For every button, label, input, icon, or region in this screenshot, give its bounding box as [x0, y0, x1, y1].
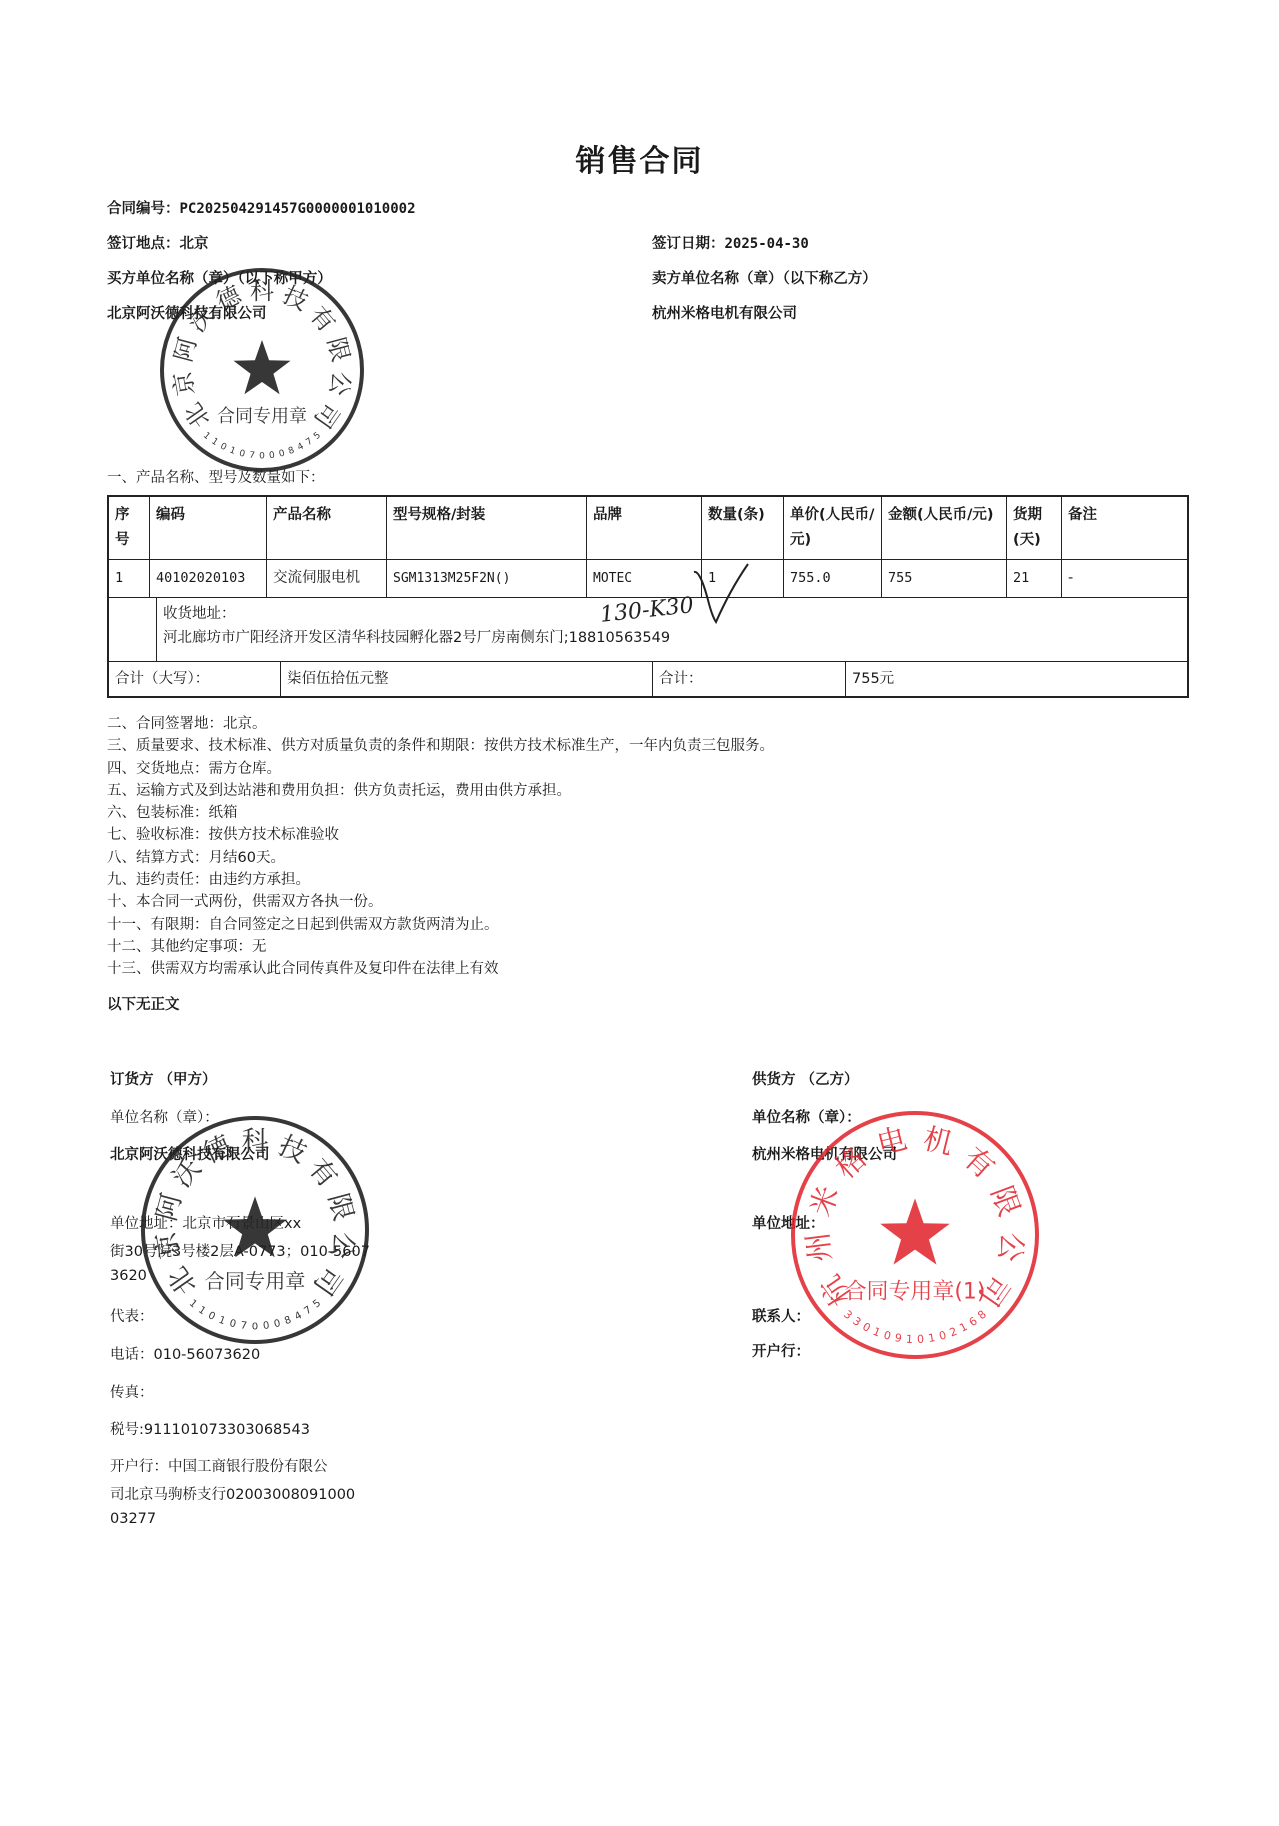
cell-code: 40102020103 — [150, 560, 267, 597]
sign-place-value: 北京 — [180, 236, 209, 252]
buyer-block-bank-line2: 司北京马驹桥支行02003008091000 — [110, 1483, 355, 1504]
address-value: 河北廊坊市广阳经济开发区清华科技园孵化器2号厂房南侧东门;18810563549 — [163, 626, 1181, 650]
svg-text:1: 1 — [217, 1315, 227, 1328]
svg-text:9: 9 — [894, 1331, 903, 1345]
svg-text:0: 0 — [252, 1321, 258, 1332]
contract-number-value: PC202504291457G0000001010002 — [180, 201, 416, 217]
svg-text:有: 有 — [302, 1153, 343, 1194]
buyer-block-heading: 订货方 （甲方） — [110, 1068, 217, 1089]
svg-text:7: 7 — [302, 1305, 313, 1318]
seller-block-bank-label: 开户行： — [752, 1340, 810, 1361]
svg-text:司: 司 — [972, 1269, 1017, 1312]
header-cell: 货期(天) — [1007, 497, 1062, 559]
svg-text:京: 京 — [168, 369, 200, 397]
buyer-name: 北京阿沃德科技有限公司 — [107, 302, 267, 323]
svg-text:0: 0 — [917, 1333, 925, 1346]
svg-text:杭: 杭 — [813, 1269, 858, 1312]
svg-text:1: 1 — [209, 437, 219, 449]
cell-brand: MOTEC — [587, 560, 702, 597]
clause: 二、合同签署地：北京。 — [107, 713, 774, 735]
svg-text:8: 8 — [975, 1308, 989, 1322]
svg-text:7: 7 — [249, 451, 256, 462]
svg-text:1: 1 — [927, 1331, 936, 1345]
svg-text:0: 0 — [938, 1328, 948, 1342]
svg-text:1: 1 — [871, 1325, 882, 1340]
buyer-block-name-label: 单位名称（章）： — [110, 1106, 219, 1127]
svg-text:8: 8 — [287, 446, 296, 457]
cell-product-name: 交流伺服电机 — [267, 560, 387, 597]
svg-text:7: 7 — [304, 437, 314, 449]
svg-text:4: 4 — [293, 1310, 304, 1323]
buyer-block-fax: 传真： — [110, 1381, 154, 1402]
buyer-block-bank-line1: 开户行：中国工商银行股份有限公 — [110, 1455, 328, 1476]
clause: 九、违约责任：由违约方承担。 — [107, 869, 774, 891]
svg-text:合同专用章(1): 合同专用章(1) — [845, 1279, 986, 1304]
svg-text:机: 机 — [920, 1121, 957, 1161]
buyer-block-address-line2: 街30号院3号楼2层A-0773；010-5607 — [110, 1240, 370, 1261]
buyer-block-tax: 税号:911101073303068543 — [110, 1418, 310, 1439]
svg-text:限: 限 — [322, 334, 355, 364]
clause: 十一、有限期：自合同签定之日起到供需双方款货两清为止。 — [107, 914, 774, 936]
contract-clauses: 二、合同签署地：北京。 三、质量要求、技术标准、供方对质量负责的条件和期限：按供… — [107, 713, 774, 981]
svg-text:有: 有 — [304, 301, 341, 337]
section-1-heading: 一、产品名称、型号及数量如下： — [107, 466, 325, 487]
total-caps-label: 合计（大写）： — [109, 662, 281, 696]
svg-text:合同专用章: 合同专用章 — [205, 1269, 306, 1293]
header-cell: 序号 — [109, 497, 150, 559]
svg-text:0: 0 — [206, 1310, 217, 1323]
svg-text:0: 0 — [228, 1318, 237, 1330]
clause: 六、包装标准：纸箱 — [107, 802, 774, 824]
page-title: 销售合同 — [0, 136, 1279, 180]
seller-block-name: 杭州米格电机有限公司 — [752, 1143, 897, 1164]
clause: 三、质量要求、技术标准、供方对质量负责的条件和期限：按供方技术标准生产，一年内负… — [107, 735, 774, 757]
clause: 五、运输方式及到达站港和费用负担：供方负责托运，费用由供方承担。 — [107, 780, 774, 802]
svg-text:司: 司 — [308, 397, 345, 433]
clause: 十、本合同一式两份，供需双方各执一份。 — [107, 891, 774, 913]
total-row: 合计（大写）： 柒佰伍拾伍元整 合计： 755元 — [109, 662, 1187, 696]
svg-text:8: 8 — [283, 1315, 293, 1328]
contract-number-label: 合同编号： — [107, 201, 180, 217]
svg-text:限: 限 — [984, 1181, 1026, 1220]
seller-block-address-label: 单位地址： — [752, 1212, 825, 1233]
svg-text:4: 4 — [296, 441, 306, 453]
svg-text:2: 2 — [948, 1325, 959, 1340]
total-caps-value: 柒佰伍拾伍元整 — [281, 662, 653, 696]
svg-text:0: 0 — [860, 1320, 872, 1335]
clause: 十三、供需双方均需承认此合同传真件及复印件在法律上有效 — [107, 958, 774, 980]
svg-text:1: 1 — [196, 1305, 207, 1318]
svg-text:司: 司 — [307, 1261, 348, 1301]
seller-name: 杭州米格电机有限公司 — [652, 302, 797, 323]
svg-text:北: 北 — [179, 397, 216, 433]
buyer-block-address-line3: 3620 — [110, 1268, 147, 1284]
sign-date: 签订日期：2025-04-30 — [652, 232, 809, 253]
buyer-block-rep-label: 代表： — [110, 1305, 154, 1326]
cell-model: SGM1313M25F2N() — [387, 560, 587, 597]
buyer-block-phone: 电话：010-56073620 — [110, 1343, 260, 1364]
total-value: 755元 — [846, 662, 1187, 696]
table-header-row: 序号 编码 产品名称 型号规格/封装 品牌 数量(条) 单价(人民币/元) 金额… — [109, 497, 1187, 560]
header-cell: 编码 — [150, 497, 267, 559]
cell-amount: 755 — [882, 560, 1007, 597]
buyer-block-name: 北京阿沃德科技有限公司 — [110, 1143, 270, 1164]
sign-place-label: 签订地点： — [107, 236, 180, 252]
svg-text:7: 7 — [240, 1320, 248, 1332]
buyer-label: 买方单位名称（章）（以下称甲方） — [107, 267, 332, 288]
svg-text:0: 0 — [218, 442, 228, 454]
header-cell: 数量(条) — [702, 497, 784, 559]
header-cell: 金额(人民币/元) — [882, 497, 1007, 559]
svg-text:0: 0 — [269, 451, 276, 462]
svg-text:阿: 阿 — [169, 334, 202, 364]
header-cell: 品牌 — [587, 497, 702, 559]
svg-text:州: 州 — [800, 1230, 837, 1263]
cell-seq: 1 — [109, 560, 150, 597]
buyer-company-seal-top: 北京阿沃德科技有限公司合同专用章1101070008475 — [132, 265, 392, 480]
svg-text:0: 0 — [278, 449, 286, 460]
svg-text:公: 公 — [992, 1230, 1029, 1263]
svg-text:合同专用章: 合同专用章 — [217, 406, 307, 427]
seller-label: 卖方单位名称（章）（以下称乙方） — [652, 267, 877, 288]
cell-lead-time: 21 — [1007, 560, 1062, 597]
svg-text:0: 0 — [238, 449, 246, 460]
svg-text:有: 有 — [957, 1140, 1001, 1185]
sign-place: 签订地点：北京 — [107, 232, 209, 253]
svg-text:0: 0 — [882, 1328, 892, 1342]
cell-unit-price: 755.0 — [784, 560, 882, 597]
svg-text:公: 公 — [324, 369, 356, 397]
address-spacer-cell — [109, 598, 157, 661]
cell-remark: - — [1062, 560, 1187, 597]
svg-text:3: 3 — [850, 1314, 863, 1329]
svg-text:5: 5 — [311, 1298, 323, 1311]
buyer-block-address-line1: 单位地址：北京市石景山区xx — [110, 1212, 301, 1233]
svg-text:5: 5 — [312, 431, 323, 442]
svg-text:0: 0 — [273, 1318, 282, 1330]
svg-text:3: 3 — [841, 1308, 855, 1322]
contract-number: 合同编号：PC202504291457G0000001010002 — [107, 197, 416, 218]
product-table: 序号 编码 产品名称 型号规格/封装 品牌 数量(条) 单价(人民币/元) 金额… — [107, 495, 1189, 698]
header-cell: 单价(人民币/元) — [784, 497, 882, 559]
svg-text:1: 1 — [201, 431, 212, 442]
sign-date-label: 签订日期： — [652, 236, 725, 252]
svg-text:北: 北 — [162, 1261, 203, 1301]
clause: 四、交货地点：需方仓库。 — [107, 758, 774, 780]
svg-text:6: 6 — [967, 1314, 980, 1329]
header-cell: 备注 — [1062, 497, 1187, 559]
svg-text:限: 限 — [322, 1190, 359, 1224]
svg-text:0: 0 — [262, 1320, 270, 1332]
clause: 十二、其他约定事项：无 — [107, 936, 774, 958]
svg-text:1: 1 — [187, 1298, 199, 1311]
sign-date-value: 2025-04-30 — [725, 236, 809, 252]
buyer-block-bank-line3: 03277 — [110, 1511, 156, 1527]
cell-quantity: 1 — [702, 560, 784, 597]
svg-text:1: 1 — [957, 1320, 969, 1335]
table-row: 1 40102020103 交流伺服电机 SGM1313M25F2N() MOT… — [109, 560, 1187, 598]
seller-block-heading: 供货方 （乙方） — [752, 1068, 859, 1089]
clause: 七、验收标准：按供方技术标准验收 — [107, 824, 774, 846]
total-label: 合计： — [653, 662, 846, 696]
header-cell: 产品名称 — [267, 497, 387, 559]
clause: 八、结算方式：月结60天。 — [107, 847, 774, 869]
seller-block-name-label: 单位名称（章）： — [752, 1106, 861, 1127]
svg-text:1: 1 — [228, 446, 237, 457]
svg-text:技: 技 — [274, 1130, 312, 1170]
seller-block-contact-label: 联系人： — [752, 1305, 810, 1326]
svg-text:0: 0 — [259, 452, 265, 462]
svg-text:1: 1 — [906, 1333, 914, 1346]
end-note: 以下无正文 — [107, 993, 180, 1014]
header-cell: 型号规格/封装 — [387, 497, 587, 559]
